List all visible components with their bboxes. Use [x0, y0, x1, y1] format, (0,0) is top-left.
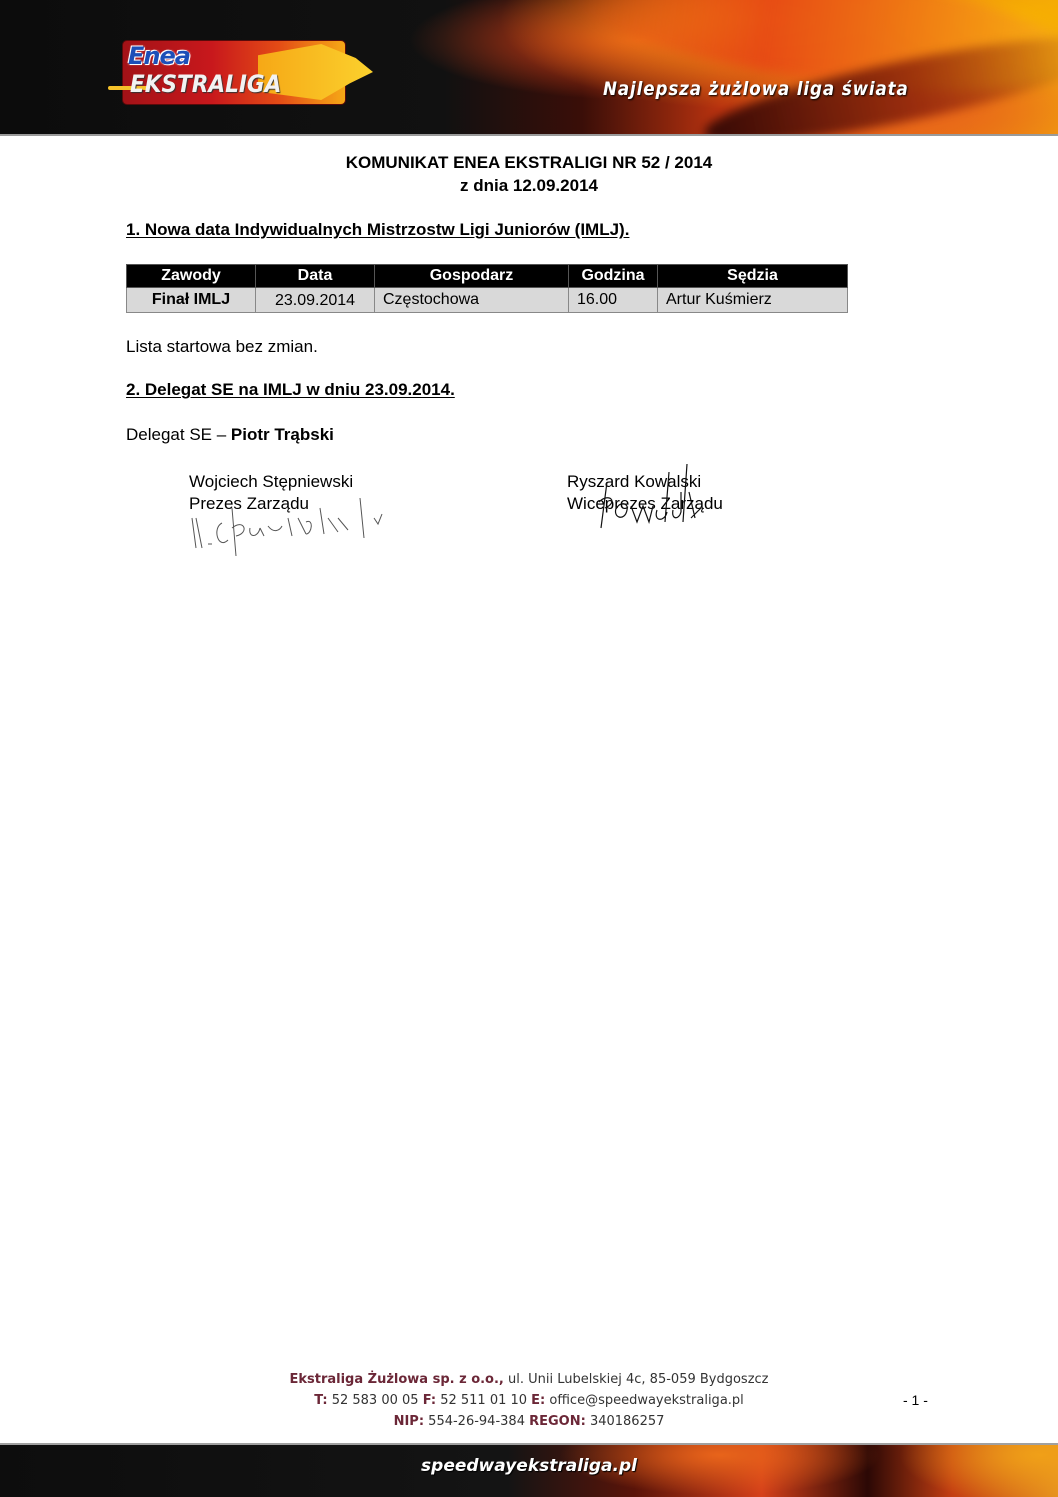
signature-block-vice-president: Ryszard Kowalski Wiceprezes Zarządu — [567, 471, 723, 515]
header-tagline: Najlepsza żużlowa liga świata — [603, 78, 909, 100]
phone-number: 52 583 00 05 — [328, 1393, 423, 1408]
company-name: Ekstraliga Żużlowa sp. z o.o., — [289, 1372, 503, 1387]
enea-ekstraliga-logo: Enea EKSTRALIGA — [108, 40, 373, 106]
company-address: ul. Unii Lubelskiej 4c, 85-059 Bydgoszcz — [504, 1372, 769, 1387]
logo-enea-text: Enea — [128, 42, 190, 70]
email-address[interactable]: office@speedwayekstraliga.pl — [545, 1393, 744, 1408]
delegate-label: Delegat SE – — [126, 425, 231, 444]
table-header-row: Zawody Data Gospodarz Godzina Sędzia — [127, 265, 848, 288]
cell-referee: Artur Kuśmierz — [658, 288, 848, 313]
document-title: KOMUNIKAT ENEA EKSTRALIGI NR 52 / 2014 — [0, 152, 1058, 174]
footer-company-address: Ekstraliga Żużlowa sp. z o.o., ul. Unii … — [0, 1369, 1058, 1390]
website-link[interactable]: speedwayekstraliga.pl — [0, 1456, 1058, 1476]
signatory-role: Prezes Zarządu — [189, 493, 353, 515]
section-2-heading: 2. Delegat SE na IMLJ w dniu 23.09.2014. — [126, 380, 455, 400]
phone-label: T: — [314, 1393, 327, 1408]
header-divider — [0, 134, 1058, 136]
delegate-line: Delegat SE – Piotr Trąbski — [126, 425, 334, 445]
signatory-role: Wiceprezes Zarządu — [567, 493, 723, 515]
delegate-name: Piotr Trąbski — [231, 425, 334, 444]
signatory-name: Wojciech Stępniewski — [189, 471, 353, 493]
nip-number: 554-26-94-384 — [424, 1414, 529, 1429]
schedule-table: Zawody Data Gospodarz Godzina Sędzia Fin… — [126, 264, 848, 313]
logo-ekstraliga-text: EKSTRALIGA — [130, 70, 281, 98]
fax-label: F: — [423, 1393, 436, 1408]
cell-host: Częstochowa — [375, 288, 569, 313]
document-date: z dnia 12.09.2014 — [0, 175, 1058, 197]
section-1-heading: 1. Nowa data Indywidualnych Mistrzostw L… — [126, 220, 629, 240]
regon-label: REGON: — [529, 1414, 586, 1429]
start-list-note: Lista startowa bez zmian. — [126, 337, 318, 357]
email-label: E: — [531, 1393, 545, 1408]
fax-number: 52 511 01 10 — [436, 1393, 531, 1408]
column-header: Zawody — [127, 265, 256, 288]
cell-date: 23.09.2014 — [256, 288, 375, 313]
signatory-name: Ryszard Kowalski — [567, 471, 723, 493]
signature-block-president: Wojciech Stępniewski Prezes Zarządu — [189, 471, 353, 515]
table-row: Finał IMLJ 23.09.2014 Częstochowa 16.00 … — [127, 288, 848, 313]
regon-number: 340186257 — [586, 1414, 665, 1429]
nip-label: NIP: — [394, 1414, 424, 1429]
page-number: - 1 - — [903, 1392, 928, 1408]
footer-contact: T: 52 583 00 05 F: 52 511 01 10 E: offic… — [0, 1390, 1058, 1411]
column-header: Sędzia — [658, 265, 848, 288]
column-header: Godzina — [569, 265, 658, 288]
footer-registration: NIP: 554-26-94-384 REGON: 340186257 — [0, 1411, 1058, 1432]
cell-time: 16.00 — [569, 288, 658, 313]
cell-event: Finał IMLJ — [127, 288, 256, 313]
column-header: Gospodarz — [375, 265, 569, 288]
column-header: Data — [256, 265, 375, 288]
